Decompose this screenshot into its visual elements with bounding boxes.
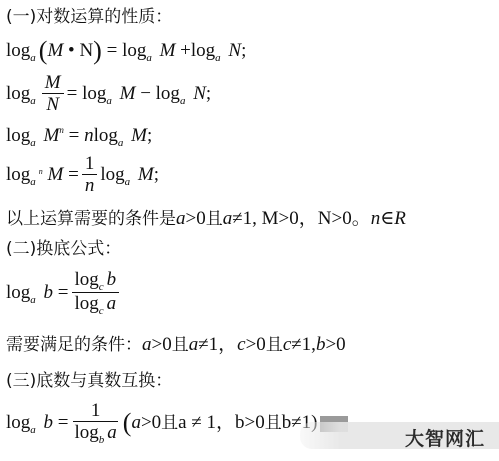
log-text: log: [75, 293, 99, 314]
fraction: MN: [42, 73, 64, 116]
semicolon: ;: [241, 40, 246, 61]
rule-product: loga(M • N) = loga M +loga N;: [6, 40, 246, 64]
log-text: log: [6, 40, 30, 61]
var: a: [142, 334, 152, 355]
var: N: [79, 40, 93, 61]
var: n: [84, 125, 94, 146]
var: a: [189, 334, 199, 355]
section2-title: (二)换底公式：: [6, 238, 121, 260]
var: b: [44, 412, 54, 433]
watermark-bar: 大智网汇: [300, 422, 499, 449]
log-text: log: [82, 83, 106, 104]
var: M: [131, 125, 147, 146]
log-text: log: [6, 125, 30, 146]
var: M: [138, 164, 154, 185]
log-text: log: [6, 164, 30, 185]
var: M: [47, 40, 63, 61]
op: −: [140, 83, 151, 104]
base: a: [30, 294, 36, 306]
base: a: [30, 176, 36, 188]
var: n: [371, 208, 381, 229]
var: N: [193, 83, 206, 104]
paren: ): [93, 36, 102, 65]
var: c: [237, 334, 245, 355]
watermark-text: 大智网汇: [405, 424, 485, 451]
eq: =: [69, 125, 80, 146]
log-text: log: [100, 164, 124, 185]
eq: =: [107, 40, 118, 61]
log-text: log: [75, 269, 99, 290]
base: a: [30, 137, 36, 149]
op: +: [180, 40, 191, 61]
fraction: 1logba: [72, 401, 120, 446]
eq: =: [58, 412, 69, 433]
math: ∈: [380, 208, 394, 229]
and-text: 且: [266, 335, 283, 355]
semicolon: ;: [154, 164, 159, 185]
base: a: [215, 52, 221, 64]
base: a: [30, 52, 36, 64]
log-text: log: [6, 412, 30, 433]
denominator: N: [43, 94, 62, 116]
rule-power: loga Mn = nloga M;: [6, 125, 152, 149]
dot: •: [68, 40, 75, 61]
section2-condition: 需要满足的条件：a>0且a≠1，c>0且c≠1,b>0: [6, 334, 346, 356]
denominator: logca: [72, 293, 120, 317]
base: b: [99, 434, 105, 446]
log-text: log: [6, 282, 30, 303]
var: M: [120, 83, 136, 104]
var: b: [316, 334, 326, 355]
base: c: [99, 305, 104, 317]
section3-title: (三)底数与真数互换：: [6, 370, 172, 392]
eq: =: [67, 83, 78, 104]
log-text: log: [6, 83, 30, 104]
var: c: [283, 334, 291, 355]
base: a: [180, 95, 186, 107]
var: M: [160, 40, 176, 61]
math: >0: [152, 334, 172, 355]
var: a: [176, 208, 186, 229]
fraction: 1n: [82, 154, 98, 197]
base: a: [118, 137, 124, 149]
section1-condition: 以上运算需要的条件是a>0且a≠1, M>0，N>0。n∈R: [6, 208, 406, 230]
section1-title: (一)对数运算的性质：: [6, 6, 172, 28]
base-exponent: n: [39, 167, 43, 176]
math: >0: [141, 412, 161, 433]
numerator: logcb: [72, 270, 120, 293]
and-text: 且: [206, 209, 223, 229]
eq: =: [58, 282, 69, 303]
math: >0: [186, 208, 206, 229]
fraction: logcblogca: [72, 270, 120, 317]
log-text: log: [156, 83, 180, 104]
var: a: [107, 293, 117, 314]
math: >0: [246, 334, 266, 355]
change-of-base-formula: loga b =logcblogca: [6, 268, 122, 320]
math: ≠1，: [198, 334, 237, 355]
eq: =: [68, 164, 79, 185]
base: a: [146, 52, 152, 64]
base: a: [106, 95, 112, 107]
exponent: n: [59, 125, 64, 135]
var: a: [223, 208, 233, 229]
var: a: [131, 412, 141, 433]
numerator: M: [42, 73, 64, 94]
var: M: [44, 125, 60, 146]
math: ≠1, M>0，N>0。: [232, 208, 370, 229]
var: b: [107, 269, 117, 290]
base: a: [30, 95, 36, 107]
base: c: [99, 281, 104, 293]
and-text: 且: [265, 413, 282, 433]
var: M: [48, 164, 64, 185]
numerator: 1: [82, 154, 98, 175]
semicolon: ;: [147, 125, 152, 146]
var: N: [228, 40, 241, 61]
var: a: [107, 422, 117, 443]
base-swap-formula: loga b =1logba(a>0且a ≠ 1，b>0且b≠1): [6, 398, 318, 450]
denominator: logba: [72, 422, 120, 446]
base: a: [125, 176, 131, 188]
rule-quotient: logaMN= loga M − loga N;: [6, 72, 211, 118]
log-text: log: [122, 40, 146, 61]
log-text: log: [191, 40, 215, 61]
and-text: 且: [172, 335, 189, 355]
rule-base-power: logan M =1nloga M;: [6, 152, 159, 201]
and-text: 且: [161, 413, 178, 433]
var: b: [44, 282, 54, 303]
log-text: log: [75, 422, 99, 443]
semicolon: ;: [206, 83, 211, 104]
math: ≠1,: [291, 334, 316, 355]
denominator: n: [82, 175, 98, 197]
numerator: 1: [73, 401, 119, 422]
base: a: [30, 424, 36, 436]
math: >0: [325, 334, 345, 355]
log-text: log: [94, 125, 118, 146]
var: R: [394, 208, 406, 229]
condition-label: 以上运算需要的条件是: [6, 209, 176, 229]
condition-label: 需要满足的条件：: [6, 335, 142, 355]
math: a ≠ 1，b>0: [178, 412, 265, 433]
